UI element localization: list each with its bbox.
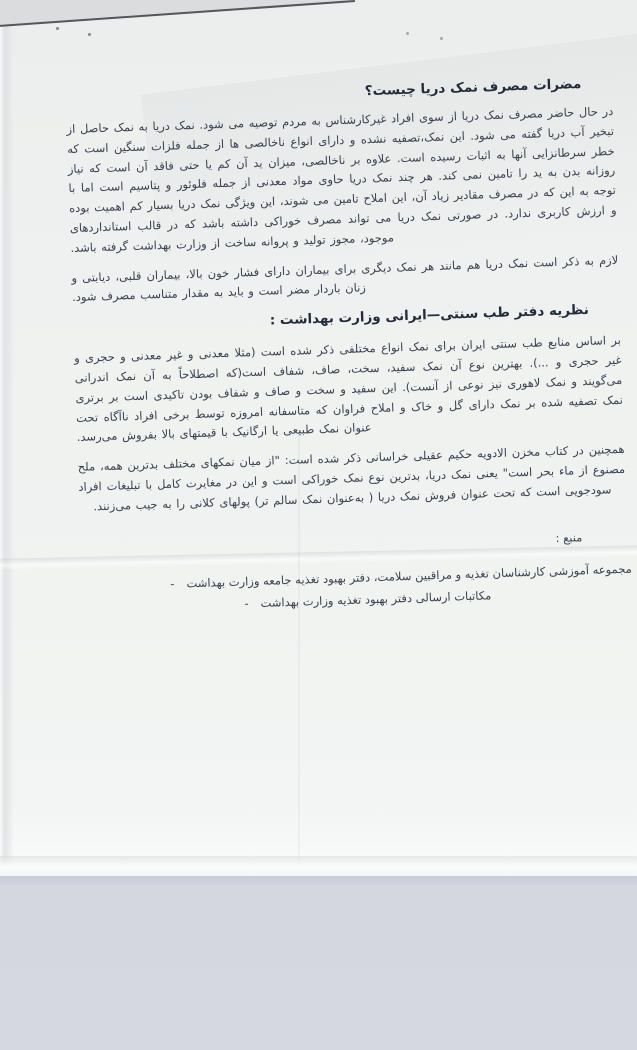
scan-speck: [406, 32, 409, 35]
paragraph-patients-warning: لازم به ذکر است نمک دریا هم مانند هر نمک…: [71, 250, 619, 308]
section-heading-traditional-medicine-office: نظریه دفتر طب سنتی—ایرانی وزارت بهداشت :: [73, 300, 620, 337]
sources-label: منبع :: [80, 526, 627, 562]
paper-sheet: مضرات مصرف نمک دریا چیست؟ در حال حاضر مص…: [0, 0, 637, 876]
paragraph-traditional-sources: بر اساس منابع طب سنتی ایران برای نمک انو…: [74, 331, 624, 448]
scan-speck: [440, 37, 443, 40]
paper-bottom-curl: [0, 856, 637, 876]
scanned-document: مضرات مصرف نمک دریا چیست؟ در حال حاضر مص…: [0, 0, 637, 1050]
scanner-background: [0, 876, 637, 1050]
paper-left-edge-shadow: [0, 0, 14, 876]
paragraph-sea-salt-intro: در حال حاضر مصرف نمک دریا از سوی افراد غ…: [66, 102, 617, 259]
dash-marker: -: [170, 572, 175, 594]
paragraph-makhzan-aladvieh-quote: همچنین در کتاب مخزن الادویه حکیم عقیلی خ…: [77, 440, 626, 517]
sources-list: - مجموعه آموزشی کارشناسان تغذیه و مراقبی…: [81, 557, 629, 619]
page-edge-line: [0, 0, 355, 31]
document-text-block: مضرات مصرف نمک دریا چیست؟ در حال حاضر مص…: [65, 74, 629, 619]
scan-speck: [56, 27, 59, 30]
dash-marker: -: [244, 592, 249, 614]
scan-speck: [88, 33, 91, 36]
